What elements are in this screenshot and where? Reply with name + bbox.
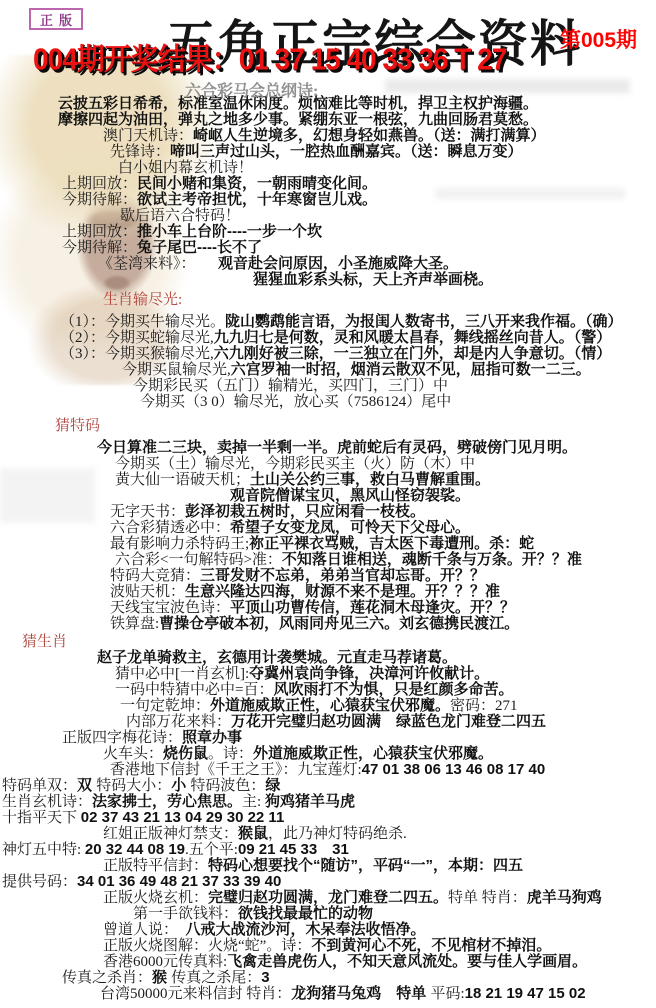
text-line: 香港6000元传真料:飞禽走兽虎伤人，不知天意风流处。要与佳人学画眉。 [0,954,656,970]
text-line: 最有影响力杀特码王;祢正平裸衣骂贼，吉太医下毒遭刑。杀：蛇 [0,536,656,552]
text-segment: 希望子女变龙凤，可怜天下父母心。 [230,519,470,536]
text-segment: 黄大仙一语破天机； [115,472,250,488]
text-segment: 今期待解： [62,192,137,208]
text-segment: 密码：271 [450,698,518,714]
text-line: 台湾50000元来料信封 特肖：龙狗猪马兔鸡 特单 平码:18 21 19 47… [0,986,656,1002]
text-segment: 烧伤鼠 [163,745,208,762]
text-line: 神灯五中特: 20 32 44 08 19.五个平:09 21 45 33 31 [0,842,656,858]
text-segment: 观音院僧谋宝贝，黑风山怪窃袈裟。 [230,487,470,504]
text-line: 猜生肖 [0,634,656,650]
authentic-badge: 正版 [29,8,83,30]
text-line: 一句定乾坤：外道施威欺正性，心猿获宝伏邪魔。密码：271 [0,698,656,714]
text-segment: 八戒大战流沙河，木呆奉法收悟净。 [186,921,426,938]
text-line: 铁算盘:曹操仓亭破本初，风雨同舟见三六。刘玄德携民渡江。 [0,616,656,632]
text-line: 歇后语六合特码！ [0,208,656,224]
text-segment: 今期买鼠输尽光, [122,362,231,378]
text-segment: 双 [77,777,96,794]
text-segment: 完璧归赵功圆满，龙门难登二四五。 [208,889,448,906]
text-segment: 六合彩猜透必中： [110,520,230,536]
section-subtitle: 六合彩马会总纲诗: [185,78,318,101]
text-segment: 特码心想要找个“随访”，平码“一”，本期：四五 [208,857,523,874]
text-line: 第一手欲钱料：欲钱找最最忙的动物 [0,906,656,922]
text-segment: 万花开完璧归赵功圆满 绿蓝色龙门难登二四五 [231,713,546,730]
issue-number: 第005期 [560,24,637,54]
text-segment: 不知落日谁相送，魂断千条与万条。开？？准 [282,551,582,568]
text-line: 澳门天机诗：崎岖人生逆境多，幻想身轻如燕兽。（送：满打满算） [0,128,656,144]
text-line: 一码中特猜中必中=百：风吹雨打不为惧，只是红颜多命苦。 [0,682,656,698]
text-segment: 赵子龙单骑救主，玄德用计袭樊城。元直走马荐诸葛。 [97,649,457,666]
text-line: 赵子龙单骑救主，玄德用计袭樊城。元直走马荐诸葛。 [0,650,656,666]
text-segment: 特单 特肖： [448,890,527,906]
text-segment: 九九归七是何数，灵和风暖太昌春，舞线摇丝向昔人。（警） [214,329,612,346]
text-line: 生肖输尽光: [0,292,656,308]
smudge-blur [385,79,630,93]
text-segment: 外道施威欺正性，心猿获宝伏邪魔。 [210,697,450,714]
text-segment: 今期待解： [62,240,137,256]
text-segment: 曹操仓亭破本初，风雨同舟见三六。刘玄德携民渡江。 [159,615,519,632]
text-segment: 生意兴隆达四海，财源不来不是理。开？？？准 [185,583,500,600]
page-root: 正版 五角正宗综合资料 第005期 004期开奖结果：01 37 15 40 3… [0,0,656,1008]
text-segment: 一码中特猜中必中=百： [115,682,273,698]
text-line: （3）：今期买猴输尽光,六九刚好被三除，一三独立在门外，却是内人争意切。（情） [0,346,656,362]
text-segment: 3 [261,969,269,986]
text-segment: 夺冀州袁尚争锋，决漳河许攸献计。 [249,665,489,682]
text-line: 上期回放：民间小赌和集资，一朝雨晴变化间。 [0,176,656,192]
text-segment: 啼叫三声过山头，一腔热血酬嘉宾。（送：瞬息万变） [170,143,523,160]
text-segment: 20 32 44 08 19 [85,841,185,858]
text-segment: 今期买（土）输尽光，今期彩民买主（火）防（木）中 [115,456,475,472]
text-line: 先锋诗：啼叫三声过山头，一腔热血酬嘉宾。（送：瞬息万变） [0,144,656,160]
text-line: 六合彩猜透必中：希望子女变龙凤，可怜天下父母心。 [0,520,656,536]
text-segment: 正版特平信封： [103,858,208,874]
text-segment: 猴 [152,969,171,986]
text-segment: .五个平: [185,842,238,858]
text-line: 生肖玄机诗：法家拂士，劳心焦思。主: 狗鸡猪羊马虎 [0,794,656,810]
text-segment: 猜中必中[一肖玄机]: [115,666,249,682]
text-segment: 猜生肖 [22,634,67,650]
text-segment: 47 01 38 06 13 46 08 17 40 [362,761,546,778]
text-segment: 兔子尾巴----长不了 [137,239,262,256]
text-line: 六合彩<一句解特码>准：不知落日谁相送，魂断千条与万条。开？？准 [0,552,656,568]
text-segment: 六九刚好被三除，一三独立在门外，却是内人争意切。（情） [214,345,612,362]
text-line: 上期回放：推小车上台阶----一步一个坎 [0,224,656,240]
text-line: 猩猩血彩系头标，天上齐声举画桡。 [0,272,656,288]
text-segment: 风吹雨打不为惧，只是红颜多命苦。 [273,681,513,698]
text-line: （1）：今期买牛输尽光。陇山鹦鹉能言语，为报闺人数寄书，三八开来我作福。（确） [0,314,656,330]
text-segment: 虎羊马狗鸡 [527,889,602,906]
text-line: 今期待解：欲试主考帝担忧，十年寒窗岂儿戏。 [0,192,656,208]
text-segment: 歇后语六合特码！ [120,208,240,224]
text-line: 正版特平信封：特码心想要找个“随访”，平码“一”，本期：四五 [0,858,656,874]
text-line: 猜中必中[一肖玄机]:夺冀州袁尚争锋，决漳河许攸献计。 [0,666,656,682]
text-segment: 《荃湾来料》： [98,256,218,272]
text-segment: 特码单双： [2,778,77,794]
text-segment: 特码波色： [190,778,265,794]
text-segment: 香港6000元传真料: [103,954,227,970]
text-segment: 观音赴会问原因，小圣施威降大圣。 [218,255,458,272]
text-segment: 民间小赌和集资，一朝雨晴变化间。 [137,175,377,192]
text-segment: （3）：今期买猴输尽光, [60,346,214,362]
text-line: 正版四字梅花诗：照章办事 [0,730,656,746]
text-segment: 不到黄河心不死，不见棺材不掉泪。 [311,937,551,954]
text-segment: 平顶山功曹传信，莲花洞木母逢灾。开？？ [230,599,515,616]
text-line: 黄大仙一语破天机；土山关公约三事，救白马曹解重围。 [0,472,656,488]
text-segment: 34 01 36 49 48 21 37 33 39 40 [77,873,281,890]
text-segment: 摩擦四起为油田，弹丸之地多少事。紧绷东亚一根弦，九曲回肠君莫愁。 [58,111,538,128]
text-segment: 红姐正版神灯禁支： [103,826,238,842]
text-segment: 祢正平裸衣骂贼，吉太医下毒遭刑。杀：蛇 [249,535,534,552]
text-line: 白小姐内幕玄机诗！ [0,160,656,176]
text-segment: 第一手欲钱料： [133,906,238,922]
text-segment: 上期回放： [62,224,137,240]
text-segment: 六合彩<一句解特码>准： [115,552,282,568]
text-segment: 猩猩血彩系头标，天上齐声举画桡。 [253,271,493,288]
text-segment: 火车头： [103,746,163,762]
text-segment: 欲钱找最最忙的动物 [238,905,373,922]
text-line: 曾道人说： 八戒大战流沙河，木呆奉法收悟净。 [0,922,656,938]
text-segment: 曾道人说： [103,922,186,938]
text-line: 特码大竞猜：三哥发财不忘弟，弟弟当官却忘哥。开？？ [0,568,656,584]
text-segment: （2）：今期买蛇输尽光, [60,330,214,346]
text-segment: 生肖输尽光: [103,292,182,308]
text-segment: 正版火烧玄机： [103,890,208,906]
text-segment: 彭泽初栽五树时，只应闲看一枝枝。 [185,503,425,520]
text-segment: 香港地下信封《千王之王》：九宝莲灯: [110,762,362,778]
text-line: 红姐正版神灯禁支：猴鼠，此乃神灯特码绝杀. [0,826,656,842]
text-segment: 飞禽走兽虎伤人，不知天意风流处。要与佳人学画眉。 [227,953,587,970]
text-segment: 今日算准二三块，卖掉一半剩一半。虎前蛇后有灵码，劈破傍门见月明。 [97,439,577,456]
text-line: 无字天书：彭泽初栽五树时，只应闲看一枝枝。 [0,504,656,520]
text-segment: 主: [242,794,265,810]
text-line: 正版火烧图解：火烧“蛇”。诗：不到黄河心不死，不见棺材不掉泪。 [0,938,656,954]
text-segment: 上期回放： [62,176,137,192]
text-segment: 神灯五中特: [2,842,85,858]
text-line: 《荃湾来料》： 观音赴会问原因，小圣施威降大圣。 [0,256,656,272]
text-segment: 今期买（3 0）输尽光，放心买（7586124）尾中 [140,394,451,410]
text-line: 今日算准二三块，卖掉一半剩一半。虎前蛇后有灵码，劈破傍门见月明。 [0,440,656,456]
text-line: 今期买鼠输尽光,六宫罗袖一时招，烟消云散双不见，屈指可数一二三。 [0,362,656,378]
text-segment: 内部万花来料： [126,714,231,730]
text-segment: 天线宝宝波色诗： [110,600,230,616]
text-line: 十指平天下 02 37 43 21 13 04 29 30 22 11 [0,810,656,826]
text-segment: 小 [171,777,190,794]
text-segment: 02 37 43 21 13 04 29 30 22 11 [81,809,285,826]
text-segment: 先锋诗： [110,144,170,160]
text-line: 今期彩民买（五门）输精光，买四门，三门）中 [0,378,656,394]
text-line: 波贴天机：生意兴隆达四海，财源不来不是理。开？？？准 [0,584,656,600]
text-line: 今期买（土）输尽光，今期彩民买主（火）防（木）中 [0,456,656,472]
text-line: 火车头：烧伤鼠。诗：外道施威欺正性，心猿获宝伏邪魔。 [0,746,656,762]
text-segment: 土山关公约三事，救白马曹解重围。 [250,471,490,488]
text-line: 特码单双：双 特码大小：小 特码波色：绿 [0,778,656,794]
text-line: 天线宝宝波色诗：平顶山功曹传信，莲花洞木母逢灾。开？？ [0,600,656,616]
text-line: 内部万花来料：万花开完璧归赵功圆满 绿蓝色龙门难登二四五 [0,714,656,730]
text-segment: 传真之杀肖： [62,970,152,986]
text-segment: （1）：今期买牛输尽光。 [60,314,225,330]
text-segment: 欲试主考帝担忧，十年寒窗岂儿戏。 [137,191,377,208]
text-segment: 正版火烧图解：火烧“蛇”。诗： [103,938,311,954]
text-segment: 外道施威欺正性，心猿获宝伏邪魔。 [253,745,493,762]
text-segment: 三哥发财不忘弟，弟弟当官却忘哥。开？？ [200,567,485,584]
text-segment: 最有影响力杀特码王; [110,536,249,552]
text-segment: 台湾50000元来料信封 特肖： [100,986,291,1002]
text-segment: 特码大竞猜： [110,568,200,584]
text-segment: 绿 [265,777,280,794]
body-lines: 云披五彩日希希，标准室温休闲度。烦恼难比等时机，捍卫主权护海疆。摩擦四起为油田，… [0,96,656,1002]
text-segment: 今期彩民买（五门）输精光，买四门，三门）中 [133,378,448,394]
text-line: 正版火烧玄机：完璧归赵功圆满，龙门难登二四五。特单 特肖：虎羊马狗鸡 [0,890,656,906]
text-segment: 铁算盘: [110,616,159,632]
text-segment: 生肖玄机诗： [2,794,92,810]
text-segment: 照章办事 [182,729,242,746]
text-segment: 波贴天机： [110,584,185,600]
text-segment: 澳门天机诗： [103,128,193,144]
text-line: 提供号码：34 01 36 49 48 21 37 33 39 40 [0,874,656,890]
text-segment: 提供号码： [2,874,77,890]
text-segment: 推小车上台阶----一步一个坎 [137,223,322,240]
text-line: 今期买（3 0）输尽光，放心买（7586124）尾中 [0,394,656,410]
text-segment: 18 21 19 47 15 02 [465,985,586,1002]
text-segment: 崎岖人生逆境多，幻想身轻如燕兽。（送：满打满算） [193,127,546,144]
text-line: 云披五彩日希希，标准室温休闲度。烦恼难比等时机，捍卫主权护海疆。 [0,96,656,112]
text-line: 传真之杀肖：猴 传真之杀尾：3 [0,970,656,986]
text-segment: 传真之杀尾： [171,970,261,986]
text-segment: 无字天书： [110,504,185,520]
text-segment: 龙狗猪马兔鸡 特单 [291,985,430,1002]
text-segment: 。诗： [208,746,253,762]
text-line: 今期待解：兔子尾巴----长不了 [0,240,656,256]
text-segment: 六宫罗袖一时招，烟消云散双不见，屈指可数一二三。 [231,361,591,378]
text-segment: 平码: [430,986,464,1002]
text-segment: 陇山鹦鹉能言语，为报闺人数寄书，三八开来我作福。（确） [225,313,623,330]
text-segment: 十指平天下 [2,810,81,826]
text-segment: 一句定乾坤： [120,698,210,714]
text-line: 猜特码 [0,418,656,434]
text-segment: 09 21 45 33 31 [238,841,349,858]
text-segment: ，此乃神灯特码绝杀. [268,826,407,842]
text-line: 观音院僧谋宝贝，黑风山怪窃袈裟。 [0,488,656,504]
text-line: 摩擦四起为油田，弹丸之地多少事。紧绷东亚一根弦，九曲回肠君莫愁。 [0,112,656,128]
draw-result-banner: 004期开奖结果：01 37 15 40 33 36 T 27 [33,36,506,79]
text-segment: 猜特码 [55,418,100,434]
text-segment: 狗鸡猪羊马虎 [265,793,355,810]
text-segment: 白小姐内幕玄机诗！ [118,160,253,176]
text-line: 香港地下信封《千王之王》：九宝莲灯:47 01 38 06 13 46 08 1… [0,762,656,778]
text-segment: 特码大小： [96,778,171,794]
text-line: （2）：今期买蛇输尽光,九九归七是何数，灵和风暖太昌春，舞线摇丝向昔人。（警） [0,330,656,346]
text-segment: 猴鼠 [238,825,268,842]
text-segment: 法家拂士，劳心焦思。 [92,793,242,810]
text-segment: 正版四字梅花诗： [62,730,182,746]
